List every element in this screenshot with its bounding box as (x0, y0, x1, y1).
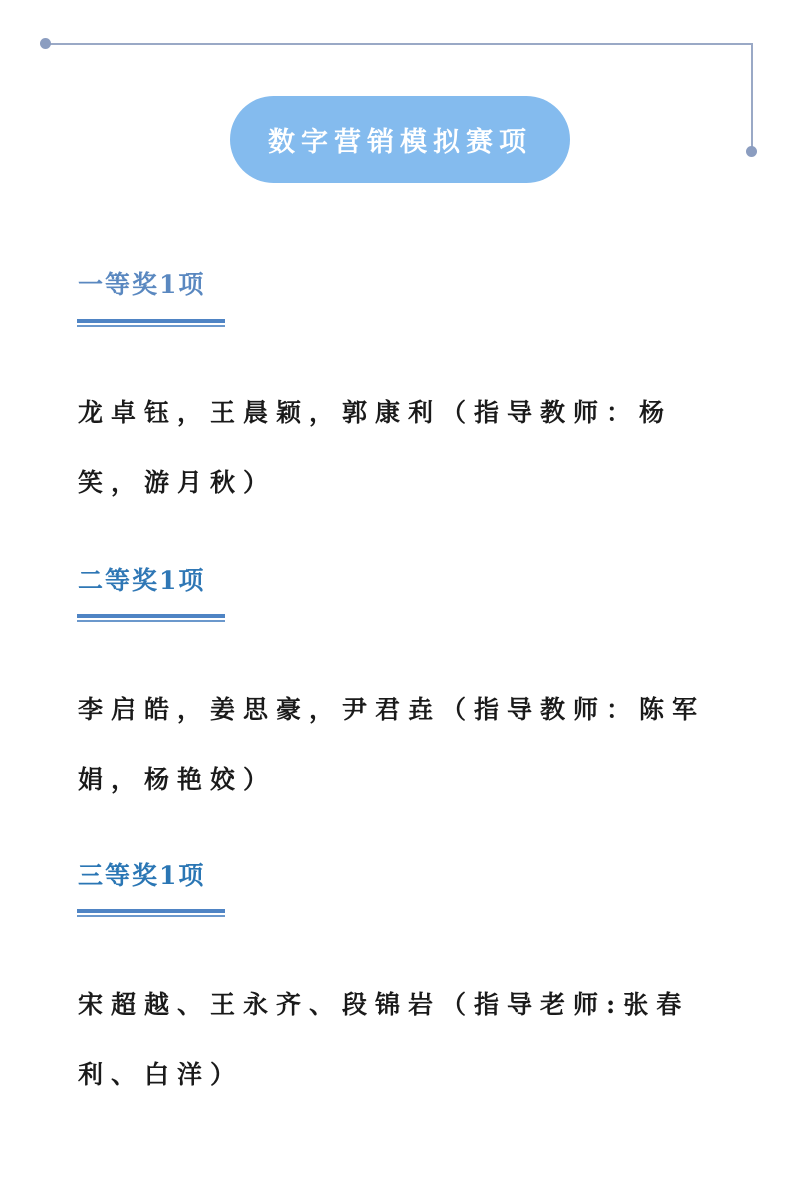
title-pill: 数字营销模拟赛项 (230, 96, 570, 183)
frame-line-vertical (751, 43, 753, 152)
section-heading-first-prize: 一等奖1项 (78, 265, 205, 301)
heading-underline (77, 319, 225, 327)
heading-underline (77, 909, 225, 917)
award-winners-text: 宋超越、王永齐、段锦岩（指导老师:张春利、白洋） (78, 970, 728, 1110)
heading-underline (77, 614, 225, 622)
award-winners-text: 李启皓，姜思豪，尹君垚（指导教师：陈军娟，杨艳姣） (78, 675, 728, 815)
award-winners-text: 龙卓钰，王晨颖，郭康利（指导教师：杨笑，游月秋） (78, 378, 728, 518)
section-heading-second-prize: 二等奖1项 (78, 561, 205, 597)
frame-dot-right (746, 146, 757, 157)
section-heading-third-prize: 三等奖1项 (78, 856, 205, 892)
frame-line-horizontal (45, 43, 753, 45)
page-title: 数字营销模拟赛项 (268, 120, 532, 159)
frame-dot-left (40, 38, 51, 49)
